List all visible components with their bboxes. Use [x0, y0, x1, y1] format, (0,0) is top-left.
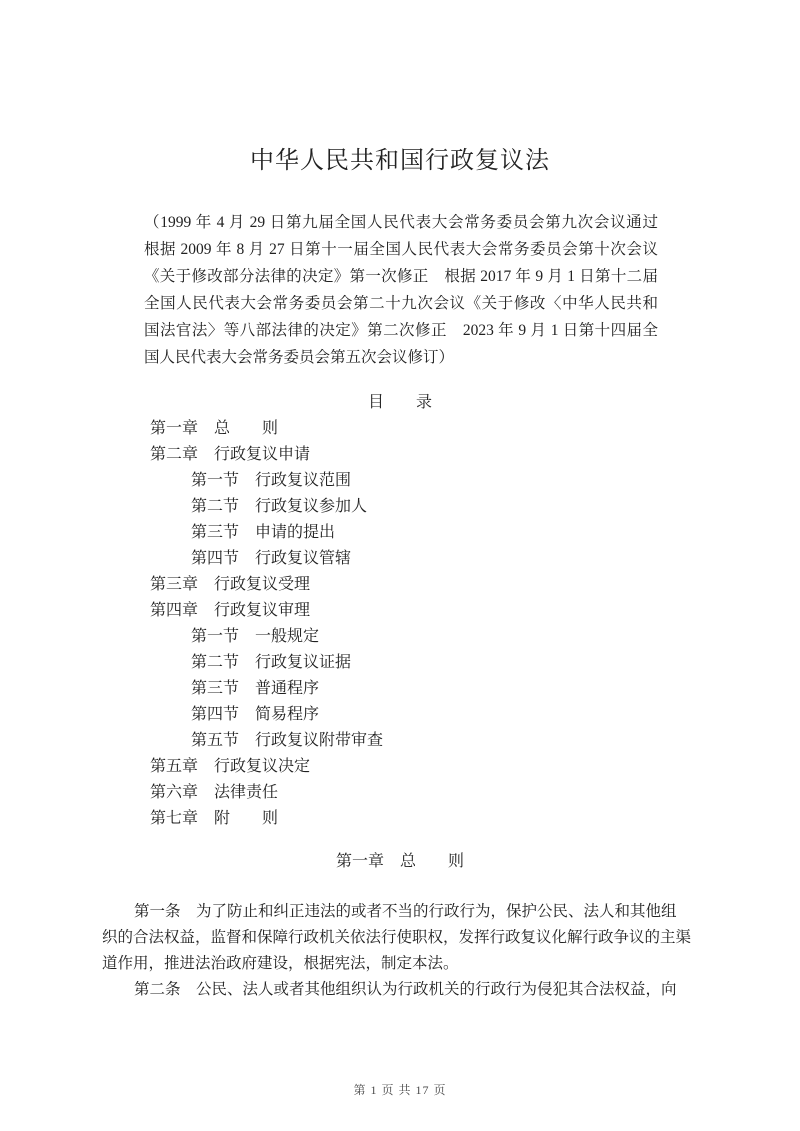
article-line: 第二条 公民、法人或者其他组织认为行政机关的行政行为侵犯其合法权益，向 [102, 977, 698, 1003]
toc-entry: 第三节 申请的提出 [102, 520, 698, 546]
article-line: 第一条 为了防止和纠正违法的或者不当的行政行为，保护公民、法人和其他组 [102, 899, 698, 925]
preamble-line: 国人民代表大会常务委员会第五次会议修订） [144, 344, 658, 371]
article-line: 织的合法权益，监督和保障行政机关依法行使职权，发挥行政复议化解行政争议的主渠 [102, 925, 698, 951]
page-footer: 第 1 页 共 17 页 [0, 1082, 800, 1098]
article-line: 道作用，推进法治政府建设，根据宪法，制定本法。 [102, 951, 698, 977]
article-text: 第一条 为了防止和纠正违法的或者不当的行政行为，保护公民、法人和其他组 织的合法… [102, 899, 698, 1003]
toc-entry: 第一节 行政复议范围 [102, 468, 698, 494]
toc-list: 第一章 总 则 第二章 行政复议申请 第一节 行政复议范围 第二节 行政复议参加… [102, 416, 698, 832]
document-page: 中华人民共和国行政复议法 （1999 年 4 月 29 日第九届全国人民代表大会… [0, 0, 800, 1131]
toc-entry: 第四节 简易程序 [102, 702, 698, 728]
toc-entry: 第五章 行政复议决定 [102, 754, 698, 780]
toc-entry: 第四章 行政复议审理 [102, 598, 698, 624]
toc-heading: 目 录 [102, 389, 698, 416]
toc-entry: 第二节 行政复议参加人 [102, 494, 698, 520]
preamble-line: 国法官法〉等八部法律的决定》第二次修正 2023 年 9 月 1 日第十四届全 [144, 317, 658, 344]
preamble-line: （1999 年 4 月 29 日第九届全国人民代表大会常务委员会第九次会议通过 [144, 209, 658, 236]
document-title: 中华人民共和国行政复议法 [0, 0, 800, 177]
preamble-line: 《关于修改部分法律的决定》第一次修正 根据 2017 年 9 月 1 日第十二届 [144, 263, 658, 290]
toc-entry: 第三章 行政复议受理 [102, 572, 698, 598]
toc-entry: 第四节 行政复议管辖 [102, 546, 698, 572]
page-number-label: 第 1 页 共 17 页 [353, 1083, 446, 1097]
toc-entry: 第二节 行政复议证据 [102, 650, 698, 676]
toc-entry: 第五节 行政复议附带审查 [102, 728, 698, 754]
toc-entry: 第二章 行政复议申请 [102, 442, 698, 468]
preamble: （1999 年 4 月 29 日第九届全国人民代表大会常务委员会第九次会议通过 … [144, 209, 658, 371]
toc-entry: 第三节 普通程序 [102, 676, 698, 702]
preamble-line: 全国人民代表大会常务委员会第二十九次会议《关于修改〈中华人民共和 [144, 290, 658, 317]
document-content: （1999 年 4 月 29 日第九届全国人民代表大会常务委员会第九次会议通过 … [102, 209, 698, 1003]
toc-entry: 第七章 附 则 [102, 806, 698, 832]
toc-entry: 第六章 法律责任 [102, 780, 698, 806]
preamble-line: 根据 2009 年 8 月 27 日第十一届全国人民代表大会常务委员会第十次会议 [144, 236, 658, 263]
toc-entry: 第一节 一般规定 [102, 624, 698, 650]
toc-entry: 第一章 总 则 [102, 416, 698, 442]
chapter-heading: 第一章 总 则 [102, 848, 698, 875]
